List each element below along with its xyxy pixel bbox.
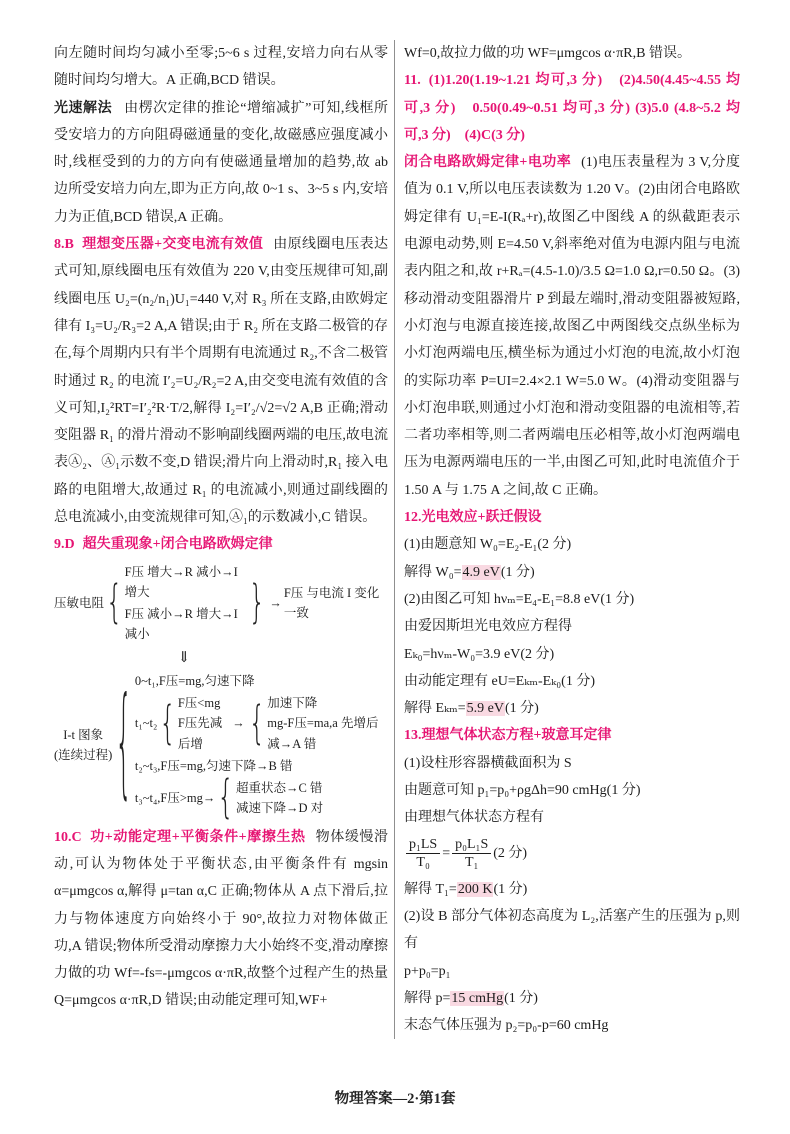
q13-line8-post: (1 分) <box>504 991 538 1006</box>
stage-4-result-2: 减速下降→D 对 <box>236 798 323 818</box>
q13-line5-post: (1 分) <box>493 882 527 897</box>
q13-line1: (1)设柱形容器横截面积为 S <box>404 750 740 777</box>
fraction-left: p₁LST₀ <box>406 836 440 872</box>
q10-continuation-paragraph: Wf=0,故拉力做的功 WF=μmgcos α·πR,B 错误。 <box>404 40 740 67</box>
q9-graph-row: I-t 图象 (连续过程) { 0~t₁,F压=mg,匀速下降 t₁~t₂ { … <box>54 671 388 819</box>
down-double-arrow: ⇓ <box>54 646 314 670</box>
q8-number: 8.B <box>54 237 74 252</box>
stage-2-cond-1: F压<mg <box>178 693 230 713</box>
q12-line5: Eₖ₀=hνₘ-W₀=3.9 eV(2 分) <box>404 641 740 668</box>
left-column: 向左随时间均匀减小至零;5~6 s 过程,安培力向右从零随时间均匀增大。A 正确… <box>54 40 388 1039</box>
q13-line2: 由题意可知 p₁=p₀+ρgΔh=90 cmHg(1 分) <box>404 777 740 804</box>
q8-topic: 理想变压器+交变电流有效值 <box>82 237 263 252</box>
open-brace: { <box>249 701 266 747</box>
close-brace: } <box>249 580 266 626</box>
q10-topic: 功+动能定理+平衡条件+摩擦生热 <box>90 830 306 845</box>
q12-line6: 由动能定理有 eU=Eₖₘ-Eₖ₀(1 分) <box>404 668 740 695</box>
q9-number: 9.D <box>54 537 75 552</box>
stage-2-result-1: 加速下降 <box>267 693 388 713</box>
open-brace: { <box>159 701 176 747</box>
stage-1: 0~t₁,F压=mg,匀速下降 <box>135 671 388 691</box>
open-brace: { <box>217 776 234 822</box>
sensor-case-up: F压 增大→R 减小→I 增大 <box>125 562 247 603</box>
stage-2: t₁~t₂ { F压<mg F压先减后增 → { 加速下降 mg-F压=ma,a… <box>135 693 388 754</box>
stage-4: t₃~t₄,F压>mg→ { 超重状态→C 错 减速下降→D 对 <box>135 778 388 819</box>
q12-line2-post: (1 分) <box>501 565 535 580</box>
q8-text: 由原线圈电压表达式可知,原线圈电压有效值为 220 V,由变压规律可知,副线圈电… <box>54 237 388 525</box>
sensor-case-down: F压 减小→R 增大→I 减小 <box>125 604 247 645</box>
speed-method-label: 光速解法 <box>54 101 112 116</box>
q13-line6: (2)设 B 部分气体初态高度为 L₂,活塞产生的压强为 p,则有 <box>404 903 740 958</box>
q11-number: 11. <box>404 73 421 88</box>
q12-line2-pre: 解得 W₀= <box>404 565 462 580</box>
q13-line5-pre: 解得 T₁= <box>404 882 457 897</box>
q11-explanation: (1)电压表量程为 3 V,分度值为 0.1 V,所以电压表读数为 1.20 V… <box>404 155 740 498</box>
q13-line9: 末态气体压强为 p₂=p₀-p=60 cmHg <box>404 1012 740 1039</box>
equals-sign: = <box>442 846 450 861</box>
q10-text: 物体缓慢滑动,可认为物体处于平衡状态,由平衡条件有 mgsin α=μmgcos… <box>54 830 388 1009</box>
sensor-conclusion: F压 与电流 I 变化一致 <box>284 583 388 624</box>
q10-number: 10.C <box>54 830 82 845</box>
stage-4-results: 超重状态→C 错 减速下降→D 对 <box>236 778 323 819</box>
q13-line8-pre: 解得 p= <box>404 991 450 1006</box>
equation-score: (2 分) <box>493 846 527 861</box>
answer-q12-heading: 12.光电效应+跃迁假设 <box>404 504 740 531</box>
stage-4-head: t₃~t₄,F压>mg→ <box>135 788 216 808</box>
right-arrow: → <box>232 713 245 733</box>
stage-2-results: 加速下降 mg-F压=ma,a 先增后减→A 错 <box>267 693 388 754</box>
q13-line7: p+p₀=p₁ <box>404 958 740 985</box>
q13-state-equation: p₁LST₀=p₀L₁ST₁(2 分) <box>404 832 740 876</box>
speed-method-text: 由楞次定律的推论“增缩减扩”可知,线框所受安培力的方向阻碍磁通量的变化,故磁感应… <box>54 101 388 225</box>
right-column: Wf=0,故拉力做的功 WF=μmgcos α·πR,B 错误。 11.(1)1… <box>404 40 740 1039</box>
q9-sensor-row: 压敏电阻 { F压 增大→R 减小→I 增大 F压 减小→R 增大→I 减小 }… <box>54 562 388 645</box>
sensor-label: 压敏电阻 <box>54 593 104 613</box>
answer-q8-paragraph: 8.B理想变压器+交变电流有效值由原线圈电压表达式可知,原线圈电压有效值为 22… <box>54 231 388 531</box>
q12-line3: (2)由图乙可知 hνₘ=E₄-E₁=8.8 eV(1 分) <box>404 586 740 613</box>
fraction-left-numerator: p₁LS <box>406 836 440 855</box>
answer-q10-paragraph: 10.C功+动能定理+平衡条件+摩擦生热物体缓慢滑动,可认为物体处于平衡状态,由… <box>54 824 388 1015</box>
stage-4-result-1: 超重状态→C 错 <box>236 778 323 798</box>
q12-answer-w0: 4.9 eV <box>462 565 501 580</box>
right-arrow: → <box>269 593 282 613</box>
column-divider <box>394 40 395 1039</box>
stage-2-conditions: F压<mg F压先减后增 <box>178 693 230 754</box>
answer-key-page: 向左随时间均匀减小至零;5~6 s 过程,安培力向右从零随时间均匀增大。A 正确… <box>0 0 790 1134</box>
fraction-right: p₀L₁ST₁ <box>452 836 491 872</box>
q12-line7: 解得 Eₖₘ=5.9 eV(1 分) <box>404 695 740 722</box>
q12-line7-post: (1 分) <box>505 701 539 716</box>
open-brace: { <box>106 580 123 626</box>
q9-topic: 超失重现象+闭合电路欧姆定律 <box>83 537 273 552</box>
answer-q11-results: 11.(1)1.20(1.19~1.21 均可,3 分) (2)4.50(4.4… <box>404 67 740 149</box>
graph-stages: 0~t₁,F压=mg,匀速下降 t₁~t₂ { F压<mg F压先减后增 → { <box>135 671 388 819</box>
stage-2-cond-2: F压先减后增 <box>178 713 230 754</box>
q13-line5: 解得 T₁=200 K(1 分) <box>404 876 740 903</box>
fraction-left-denominator: T₀ <box>406 854 440 872</box>
fraction-right-denominator: T₁ <box>452 854 491 872</box>
q12-line1: (1)由题意知 W₀=E₂-E₁(2 分) <box>404 531 740 558</box>
q9-flow-diagram: 压敏电阻 { F压 增大→R 减小→I 增大 F压 减小→R 增大→I 减小 }… <box>54 562 388 819</box>
q12-line2: 解得 W₀=4.9 eV(1 分) <box>404 559 740 586</box>
graph-label-line1: I-t 图象 <box>63 728 103 742</box>
q13-answer-p: 15 cmHg <box>450 991 504 1006</box>
open-brace-large: { <box>115 685 132 805</box>
q11-explanation-paragraph: 闭合电路欧姆定律+电功率(1)电压表量程为 3 V,分度值为 0.1 V,所以电… <box>404 149 740 504</box>
sensor-cases: F压 增大→R 减小→I 增大 F压 减小→R 增大→I 减小 <box>125 562 247 645</box>
q11-topic: 闭合电路欧姆定律+电功率 <box>404 155 571 170</box>
stage-2-result-2: mg-F压=ma,a 先增后减→A 错 <box>267 713 388 754</box>
q11-answers: (1)1.20(1.19~1.21 均可,3 分) (2)4.50(4.45~4… <box>404 73 740 143</box>
q13-answer-t1: 200 K <box>457 882 494 897</box>
answer-q9-heading: 9.D超失重现象+闭合电路欧姆定律 <box>54 531 388 558</box>
q7-continuation-paragraph: 向左随时间均匀减小至零;5~6 s 过程,安培力向右从零随时间均匀增大。A 正确… <box>54 40 388 95</box>
q13-line3: 由理想气体状态方程有 <box>404 804 740 831</box>
graph-label-line2: (连续过程) <box>54 748 112 762</box>
q12-line7-pre: 解得 Eₖₘ= <box>404 701 466 716</box>
speed-method-paragraph: 光速解法由楞次定律的推论“增缩减扩”可知,线框所受安培力的方向阻碍磁通量的变化,… <box>54 95 388 231</box>
stage-2-head: t₁~t₂ <box>135 713 157 733</box>
stage-3: t₂~t₃,F压=mg,匀速下降→B 错 <box>135 756 388 776</box>
answer-q13-heading: 13.理想气体状态方程+玻意耳定律 <box>404 722 740 749</box>
fraction-right-numerator: p₀L₁S <box>452 836 491 855</box>
two-column-layout: 向左随时间均匀减小至零;5~6 s 过程,安培力向右从零随时间均匀增大。A 正确… <box>0 0 790 1039</box>
page-footer: 物理答案—2·第1套 <box>0 1087 790 1108</box>
q12-answer-ekm: 5.9 eV <box>466 701 505 716</box>
q13-line8: 解得 p=15 cmHg(1 分) <box>404 985 740 1012</box>
graph-label: I-t 图象 (连续过程) <box>54 725 112 766</box>
q12-line4: 由爱因斯坦光电效应方程得 <box>404 613 740 640</box>
